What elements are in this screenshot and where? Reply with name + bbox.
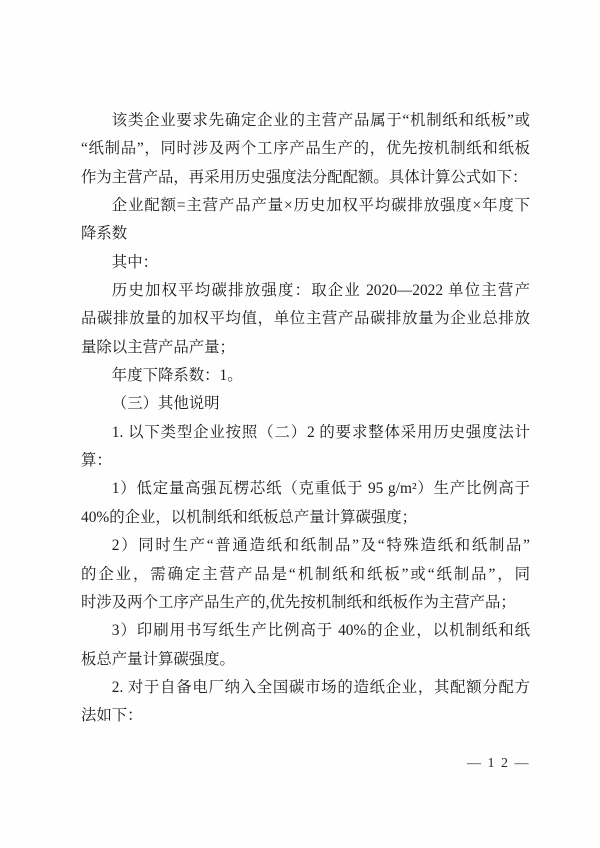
text-line: 其中：	[81, 249, 530, 277]
text-line: 作为主营产品，再采用历史强度法分配配额。具体计算公式如下：	[81, 164, 530, 192]
page-number: — 1 2 —	[467, 756, 530, 772]
text-line: 降系数	[81, 220, 530, 248]
text-line: 板总产量计算碳强度。	[81, 646, 530, 674]
text-line: 企业配额=主营产品产量×历史加权平均碳排放强度×年度下	[81, 192, 530, 220]
text-line: 年度下降系数：1。	[81, 362, 530, 390]
text-line: 历史加权平均碳排放强度：取企业 2020—2022 单位主营产	[81, 277, 530, 305]
text-line: 1）低定量高强瓦楞芯纸（克重低于 95 g/m²）生产比例高于	[81, 475, 530, 503]
document-page: 该类企业要求先确定企业的主营产品属于“机制纸和纸板”或“纸制品”，同时涉及两个工…	[0, 0, 600, 848]
text-line: 1. 以下类型企业按照（二）2 的要求整体采用历史强度法计	[81, 419, 530, 447]
text-line: 品碳排放量的加权平均值，单位主营产品碳排放量为企业总排放	[81, 305, 530, 333]
text-line: 时涉及两个工序产品生产的,优先按机制纸和纸板作为主营产品；	[81, 589, 530, 617]
text-line: 2. 对于自备电厂纳入全国碳市场的造纸企业，其配额分配方	[81, 674, 530, 702]
text-line: “纸制品”，同时涉及两个工序产品生产的，优先按机制纸和纸板	[81, 135, 530, 163]
document-body: 该类企业要求先确定企业的主营产品属于“机制纸和纸板”或“纸制品”，同时涉及两个工…	[81, 107, 530, 731]
text-line: 该类企业要求先确定企业的主营产品属于“机制纸和纸板”或	[81, 107, 530, 135]
text-line: （三）其他说明	[81, 390, 530, 418]
text-line: 3）印刷用书写纸生产比例高于 40%的企业，以机制纸和纸	[81, 617, 530, 645]
text-line: 法如下：	[81, 702, 530, 730]
text-line: 2）同时生产“普通造纸和纸制品”及“特殊造纸和纸制品”	[81, 532, 530, 560]
text-line: 量除以主营产品产量；	[81, 334, 530, 362]
text-line: 的企业，需确定主营产品是“机制纸和纸板”或“纸制品”，同	[81, 561, 530, 589]
text-line: 算：	[81, 447, 530, 475]
text-line: 40%的企业，以机制纸和纸板总产量计算碳强度；	[81, 504, 530, 532]
